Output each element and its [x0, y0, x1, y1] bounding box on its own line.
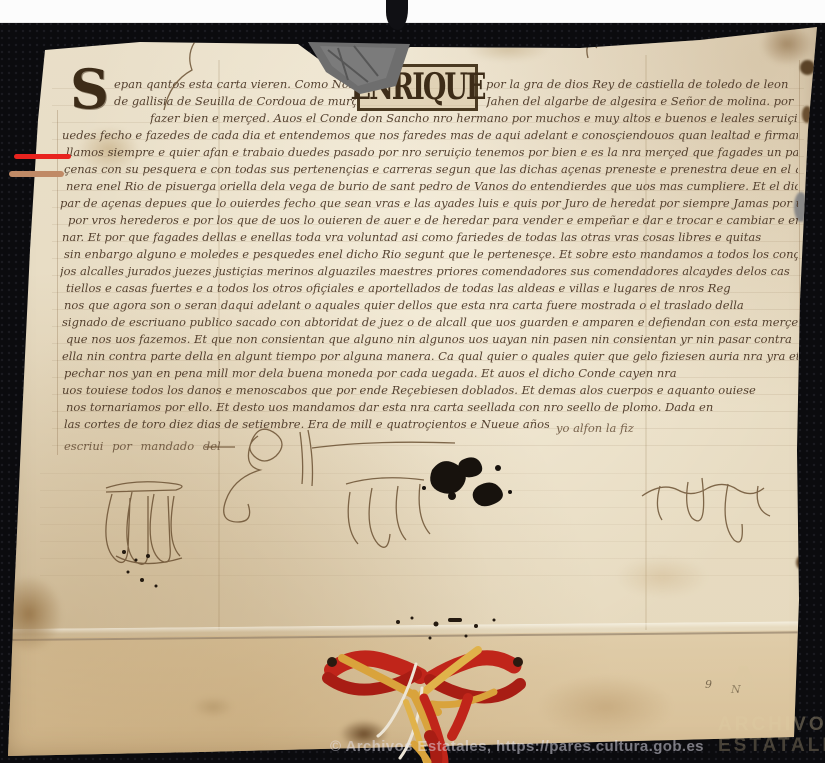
damage-patch-gray — [298, 36, 423, 96]
tan-marker-line — [9, 171, 64, 177]
archival-photograph: S ENRIQUE epan qantos esta carta vieren.… — [0, 0, 825, 763]
copyright-watermark: © Archivos Estatales, https://pares.cult… — [330, 738, 704, 755]
red-marker-line — [14, 154, 71, 159]
corner-watermark-word1: ARCHIVOS — [718, 714, 825, 736]
corner-watermark-word2: ESTATALES — [718, 735, 825, 757]
white-top-strip — [0, 0, 825, 23]
corner-watermark-letter: A — [726, 656, 761, 711]
